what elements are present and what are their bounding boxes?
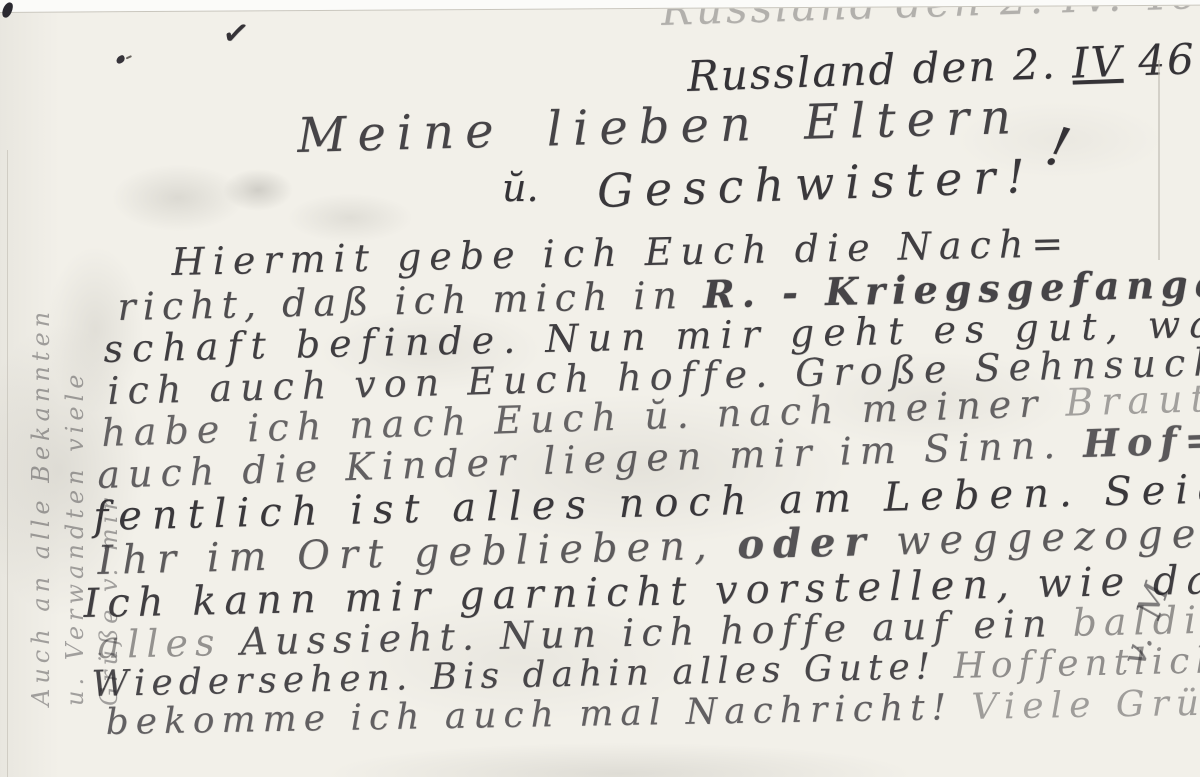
line11-faint-end: Hoffentlich — [953, 640, 1200, 687]
salutation-und-abbrev: ŭ. — [502, 166, 539, 210]
checkmark-icon: ✓ — [220, 12, 252, 53]
paper-left-edge — [7, 150, 8, 777]
paper-right-edge — [1158, 60, 1160, 260]
line8-end: weggezogen? — [874, 509, 1200, 565]
line10-alles: alles — [97, 620, 241, 667]
margin-note-line: u. Verwandten viele — [58, 307, 92, 706]
dateline-roman-numeral: IV — [1071, 37, 1124, 88]
letter-scan: ✓ Russland den 2. IV. 46 Russland den 2.… — [0, 0, 1200, 777]
line12-viele-gruesse: Viele Grüße — [971, 682, 1200, 728]
line6-hof: Hof= — [1082, 417, 1200, 466]
line8-oder: oder — [737, 518, 875, 568]
margin-note-line: Auch an alle Bekannten — [24, 307, 58, 706]
